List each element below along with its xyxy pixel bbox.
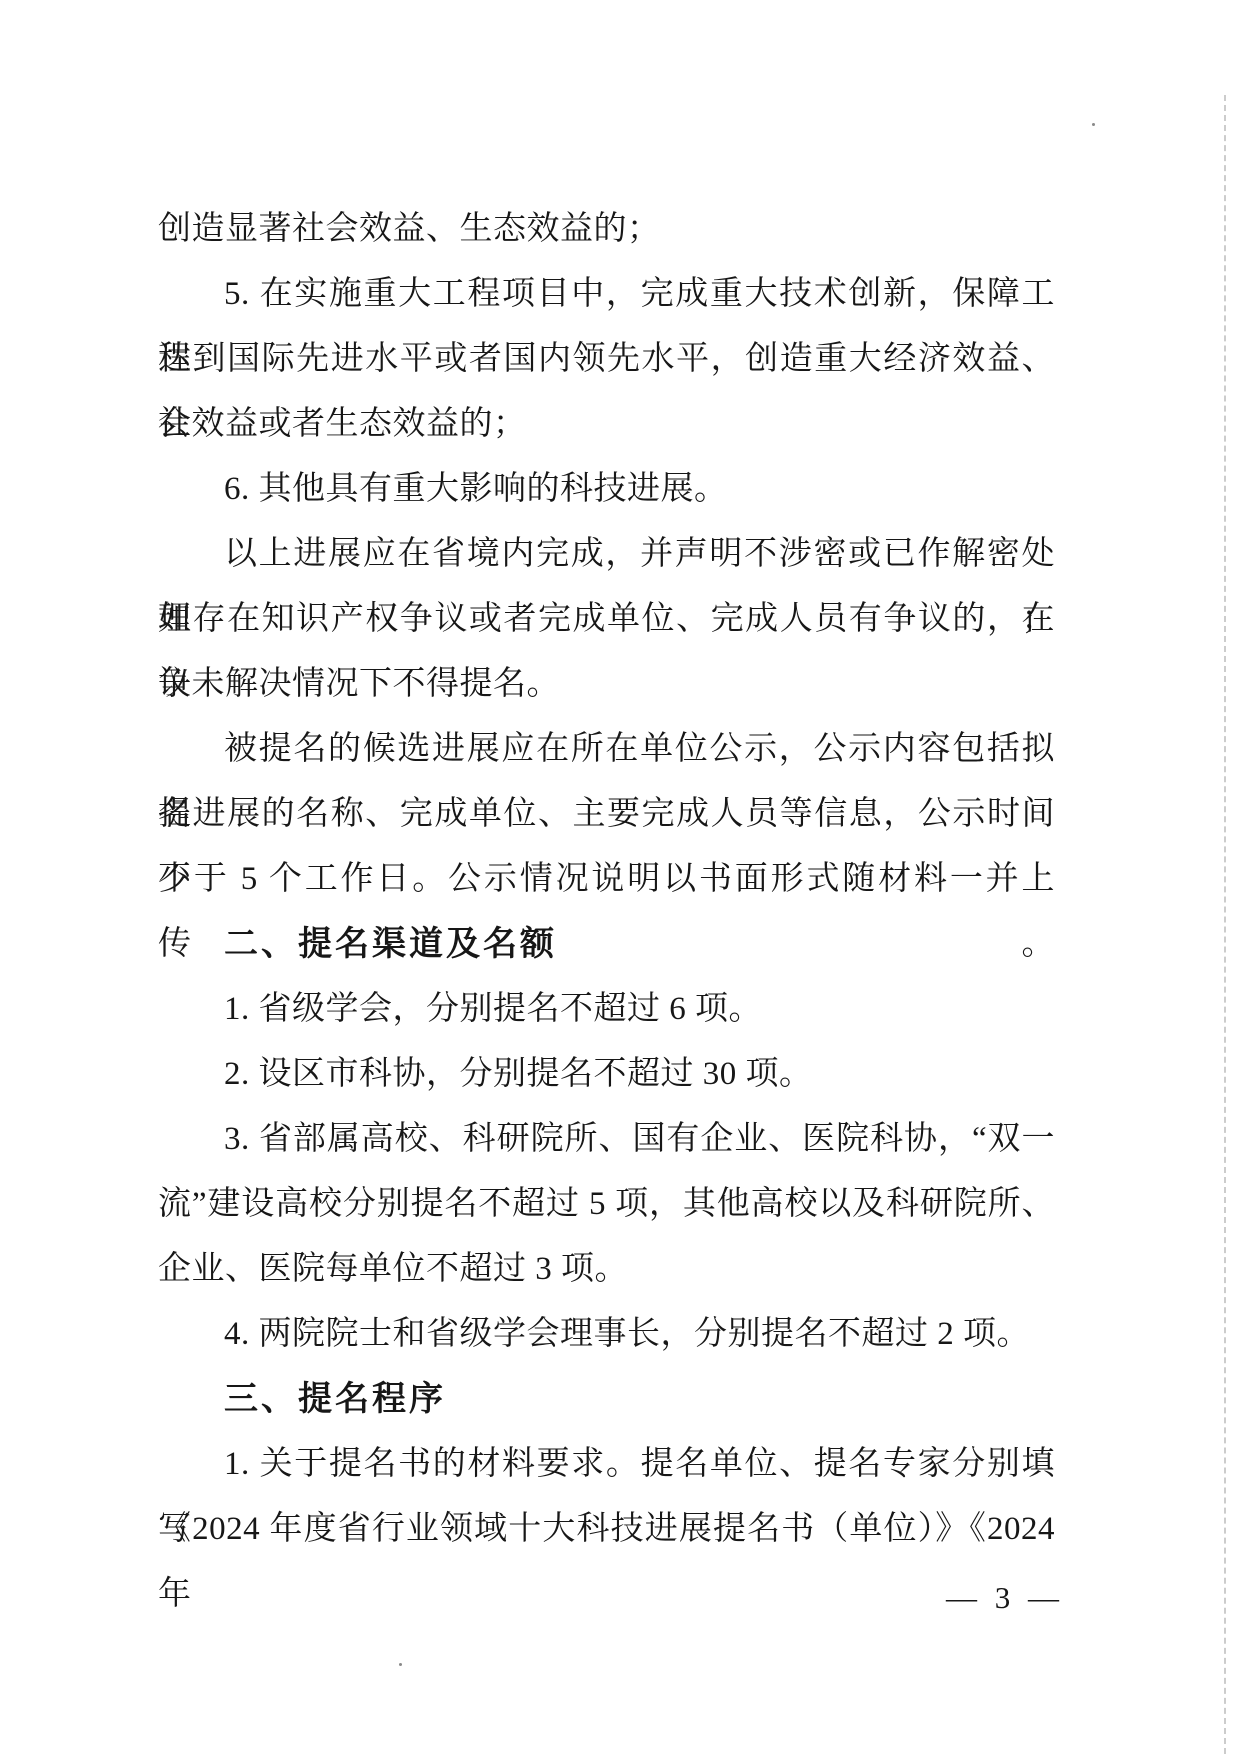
- text-line: 流”建设高校分别提名不超过 5 项，其他高校以及科研院所、: [158, 1172, 1055, 1237]
- text-line: 名进展的名称、完成单位、主要完成人员等信息，公示时间不: [158, 782, 1055, 847]
- section-heading: 三、提名程序: [158, 1367, 1055, 1432]
- text-line: 如存在知识产权争议或者完成单位、完成人员有争议的，在争: [158, 587, 1055, 652]
- text-line: 少于 5 个工作日。公示情况说明以书面形式随材料一并上传。: [158, 847, 1055, 912]
- text-line: 《2024 年度省行业领域十大科技进展提名书（单位）》《2024 年: [158, 1497, 1055, 1562]
- page-number: — 3 —: [946, 1580, 1064, 1616]
- scan-edge-artifact: [1224, 95, 1226, 1754]
- text-line: 企业、医院每单位不超过 3 项。: [158, 1237, 1055, 1302]
- scan-speck: [1092, 123, 1095, 126]
- text-line: 4. 两院院士和省级学会理事长，分别提名不超过 2 项。: [158, 1302, 1055, 1367]
- text-line: 会效益或者生态效益的；: [158, 392, 1055, 457]
- text-line: 被提名的候选进展应在所在单位公示，公示内容包括拟提: [158, 717, 1055, 782]
- text-line: 达到国际先进水平或者国内领先水平，创造重大经济效益、社: [158, 327, 1055, 392]
- scan-speck: [399, 1663, 402, 1666]
- text-line: 1. 关于提名书的材料要求。提名单位、提名专家分别填写: [158, 1432, 1055, 1497]
- text-line: 1. 省级学会，分别提名不超过 6 项。: [158, 977, 1055, 1042]
- text-line: 6. 其他具有重大影响的科技进展。: [158, 457, 1055, 522]
- text-line: 议未解决情况下不得提名。: [158, 652, 1055, 717]
- text-line: 3. 省部属高校、科研院所、国有企业、医院科协，“双一: [158, 1107, 1055, 1172]
- document-body: 创造显著社会效益、生态效益的；5. 在实施重大工程项目中，完成重大技术创新，保障…: [158, 197, 1055, 1562]
- text-line: 2. 设区市科协，分别提名不超过 30 项。: [158, 1042, 1055, 1107]
- text-line: 5. 在实施重大工程项目中，完成重大技术创新，保障工程: [158, 262, 1055, 327]
- text-line: 以上进展应在省境内完成，并声明不涉密或已作解密处理；: [158, 522, 1055, 587]
- text-line: 创造显著社会效益、生态效益的；: [158, 197, 1055, 262]
- document-page: 创造显著社会效益、生态效益的；5. 在实施重大工程项目中，完成重大技术创新，保障…: [0, 0, 1242, 1754]
